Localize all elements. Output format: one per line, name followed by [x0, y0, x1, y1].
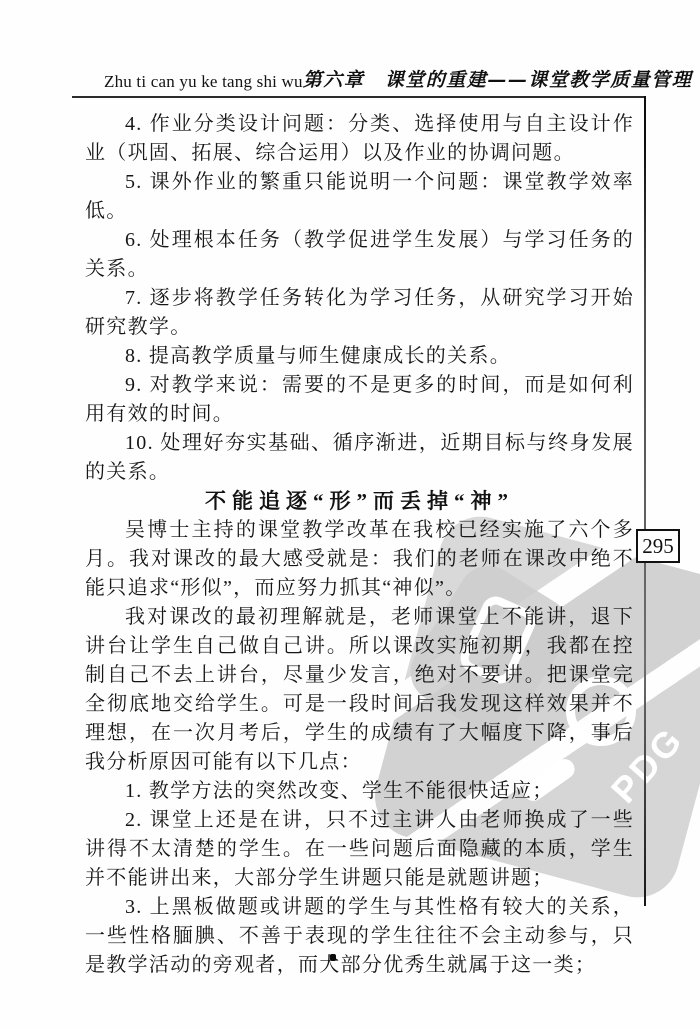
- numbered-item-8: 8. 提高教学质量与师生健康成长的关系。: [85, 342, 634, 371]
- page-number: 295: [642, 534, 674, 559]
- footer-mark-dot: [330, 954, 336, 961]
- reason-item-3: 3. 上黑板做题或讲题的学生与其性格有较大的关系，一些性格腼腆、不善于表现的学生…: [85, 893, 634, 980]
- numbered-item-4: 4. 作业分类设计问题：分类、选择使用与自主设计作业（巩固、拓展、综合运用）以及…: [85, 110, 634, 168]
- body-paragraph-2: 我对课改的最初理解就是，老师课堂上不能讲，退下讲台让学生自己做自己讲。所以课改实…: [85, 603, 634, 777]
- numbered-item-9: 9. 对教学来说：需要的不是更多的时间，而是如何利用有效的时间。: [85, 371, 634, 429]
- body-paragraph-1: 吴博士主持的课堂教学改革在我校已经实施了六个多月。我对课改的最大感受就是：我们的…: [85, 516, 634, 603]
- page-number-box: 295: [636, 529, 680, 563]
- reason-item-1: 1. 教学方法的突然改变、学生不能很快适应；: [85, 777, 634, 806]
- page-header: Zhu ti can yu ke tang shi wu 第六章 课堂的重建——…: [104, 64, 644, 92]
- running-title-pinyin: Zhu ti can yu ke tang shi wu: [104, 72, 303, 92]
- reason-item-2: 2. 课堂上还是在讲，只不过主讲人由老师换成了一些讲得不太清楚的学生。在一些问题…: [85, 806, 634, 893]
- scanned-book-page: PDG Zhu ti can yu ke tang shi wu 第六章 课堂的…: [0, 0, 700, 1029]
- numbered-item-6: 6. 处理根本任务（教学促进学生发展）与学习任务的关系。: [85, 226, 634, 284]
- chapter-title: 第六章 课堂的重建——课堂教学质量管理: [303, 65, 693, 92]
- numbered-item-5: 5. 课外作业的繁重只能说明一个问题：课堂教学效率低。: [85, 168, 634, 226]
- page-body-text: 4. 作业分类设计问题：分类、选择使用与自主设计作业（巩固、拓展、综合运用）以及…: [85, 110, 634, 980]
- section-heading: 不能追逐“形”而丢掉“神”: [85, 487, 634, 516]
- right-margin-rule: [644, 96, 646, 906]
- numbered-item-10: 10. 处理好夯实基础、循序渐进，近期目标与终身发展的关系。: [85, 429, 634, 487]
- numbered-item-7: 7. 逐步将教学任务转化为学习任务，从研究学习开始研究教学。: [85, 284, 634, 342]
- header-rule: [72, 96, 646, 98]
